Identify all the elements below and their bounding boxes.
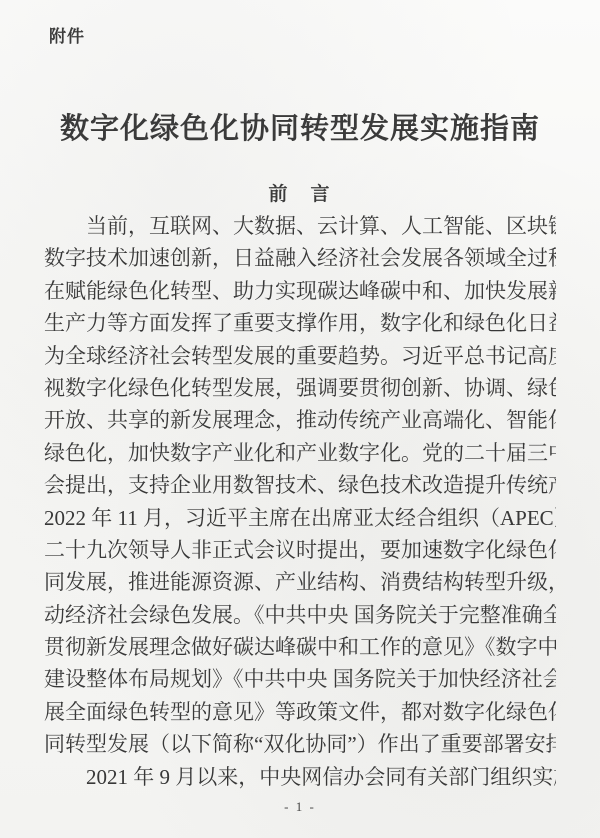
text-line: 在赋能绿色化转型、助力实现碳达峰碳中和、加快发展新质 bbox=[44, 275, 556, 307]
text-line: 同发展，推进能源资源、产业结构、消费结构转型升级，推 bbox=[44, 566, 556, 598]
text-line: 建设整体布局规划》《中共中央 国务院关于加快经济社会发 bbox=[44, 663, 556, 695]
text-line: 二十九次领导人非正式会议时提出，要加速数字化绿色化协 bbox=[44, 534, 556, 566]
text-line: 展全面绿色转型的意见》等政策文件，都对数字化绿色化协 bbox=[44, 696, 556, 728]
body-text: 当前，互联网、大数据、云计算、人工智能、区块链等数字技术加速创新，日益融入经济社… bbox=[44, 210, 556, 793]
text-line: 2021 年 9 月以来，中央网信办会同有关部门组织实施双 bbox=[44, 761, 556, 793]
text-line: 数字技术加速创新，日益融入经济社会发展各领域全过程， bbox=[44, 242, 556, 274]
text-line: 2022 年 11 月，习近平主席在出席亚太经合组织（APEC）第 bbox=[44, 502, 556, 534]
section-heading-preface: 前 言 bbox=[0, 179, 600, 206]
text-line: 绿色化，加快数字产业化和产业数字化。党的二十届三中全 bbox=[44, 437, 556, 469]
text-line: 开放、共享的新发展理念，推动传统产业高端化、智能化、 bbox=[44, 404, 556, 436]
attachment-label: 附件 bbox=[49, 22, 85, 47]
text-line: 当前，互联网、大数据、云计算、人工智能、区块链等 bbox=[44, 210, 556, 242]
document-title: 数字化绿色化协同转型发展实施指南 bbox=[0, 106, 600, 147]
scanned-document-page: 附件 数字化绿色化协同转型发展实施指南 前 言 当前，互联网、大数据、云计算、人… bbox=[0, 0, 600, 838]
text-line: 贯彻新发展理念做好碳达峰碳中和工作的意见》《数字中国 bbox=[44, 631, 556, 663]
page-number: - 1 - bbox=[0, 799, 600, 815]
text-line: 视数字化绿色化转型发展，强调要贯彻创新、协调、绿色、 bbox=[44, 372, 556, 404]
text-line: 为全球经济社会转型发展的重要趋势。习近平总书记高度重 bbox=[44, 340, 556, 372]
text-line: 生产力等方面发挥了重要支撑作用，数字化和绿色化日益成 bbox=[44, 307, 556, 339]
text-line: 动经济社会绿色发展。《中共中央 国务院关于完整准确全面 bbox=[44, 599, 556, 631]
text-line: 同转型发展（以下简称“双化协同”）作出了重要部署安排。 bbox=[44, 728, 556, 760]
text-line: 会提出，支持企业用数智技术、绿色技术改造提升传统产业。 bbox=[44, 469, 556, 501]
